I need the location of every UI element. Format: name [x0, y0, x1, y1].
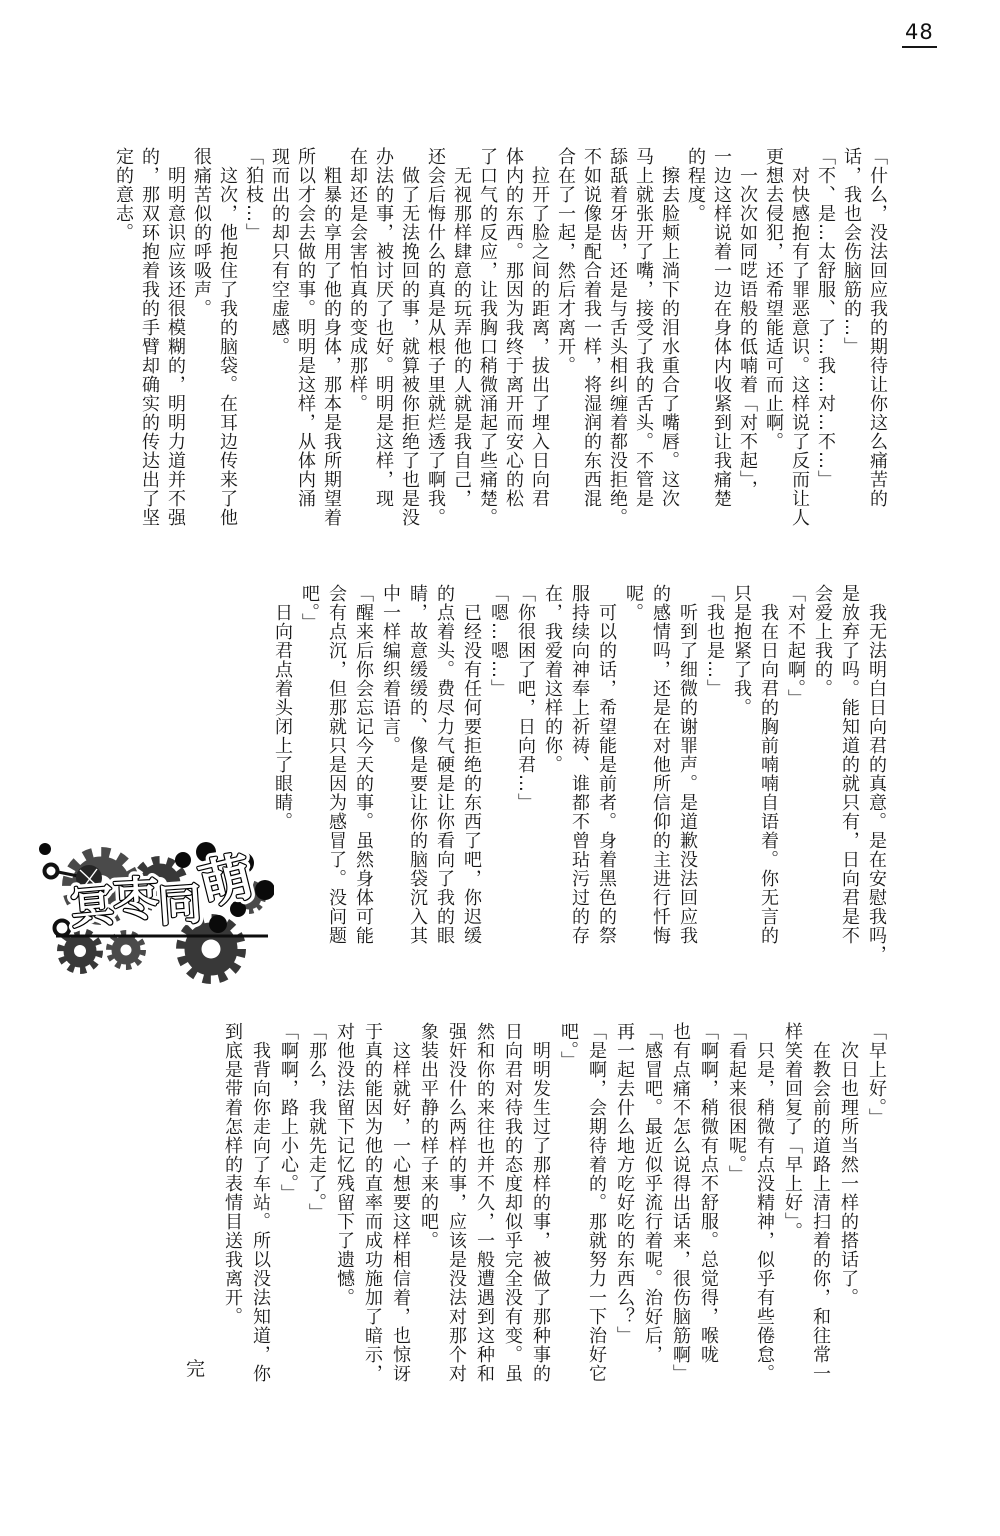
end-mark: 完 — [186, 1354, 205, 1381]
circle-logo: 冥 枣 同 萌 冥 枣 同 萌 — [34, 838, 274, 1004]
text-section-middle: 我无法明白日向君的真意。是在安慰我吗， 是放弃了吗。能知道的就只有，日向君是不 … — [269, 584, 890, 970]
svg-text:冥: 冥 — [68, 880, 116, 935]
page-number: 48 — [902, 20, 937, 48]
text-section-top: 「什么，没法回应我的期待让你这么痛苦的 话，我也会伤脑筋的…」 「不、是…太舒服… — [110, 147, 890, 553]
ring-icon — [55, 921, 70, 936]
svg-text:同: 同 — [156, 879, 203, 933]
circle-logo-graphic: 冥 枣 同 萌 冥 枣 同 萌 — [34, 838, 274, 1004]
svg-text:枣: 枣 — [112, 871, 161, 927]
text-section-bottom: 「早上好。」 次日也理所当然一样的搭话了。 在教会前的道路上清扫着的你，和往常一… — [218, 1022, 890, 1390]
manga-text-page: 48 「什么，没法回应我的期待让你这么痛苦的 话，我也会伤脑筋的…」 「不、是…… — [0, 0, 1000, 1536]
gear-icon — [109, 933, 143, 967]
